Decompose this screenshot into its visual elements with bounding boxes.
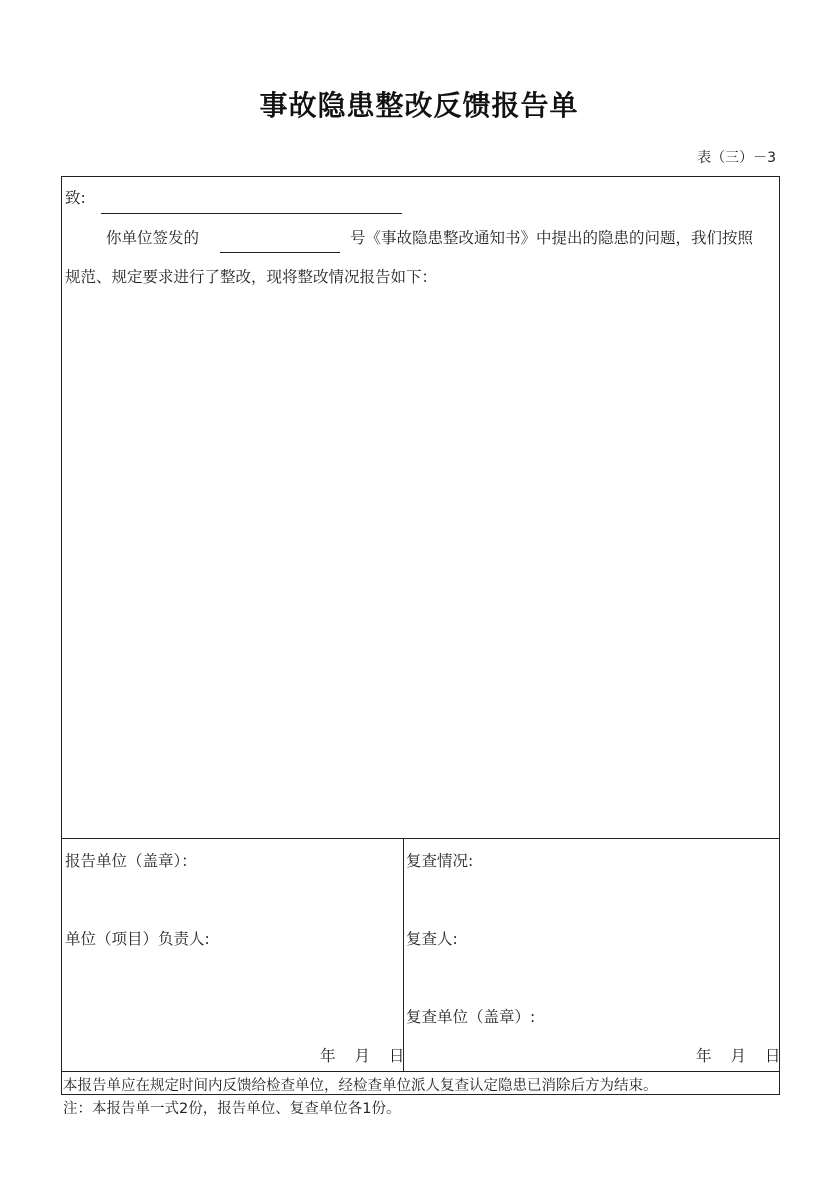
- form-number: 表（三）－3: [697, 147, 776, 167]
- report-date: 年 月 日: [320, 1044, 404, 1066]
- notice-reference-text: 号《事故隐患整改通知书》中提出的隐患的问题，我们按照: [350, 226, 753, 248]
- review-date: 年 月 日: [696, 1044, 780, 1066]
- review-unit-label: 复查单位（盖章）:: [406, 1005, 535, 1027]
- reviewer-label: 复查人:: [406, 927, 458, 949]
- year-label: 年: [320, 1044, 336, 1066]
- document-title: 事故隐患整改反馈报告单: [0, 84, 838, 124]
- divider-content-bottom: [61, 838, 779, 839]
- recipient-field-underline[interactable]: [101, 213, 402, 214]
- day-label: 日: [765, 1044, 781, 1066]
- rectification-intro-text: 规范、规定要求进行了整改，现将整改情况报告如下：: [65, 265, 437, 287]
- issued-by-text: 你单位签发的: [106, 226, 199, 248]
- divider-footer-row: [61, 1071, 779, 1072]
- to-label: 致:: [65, 186, 86, 208]
- divider-columns: [403, 838, 404, 1071]
- rectification-content-area[interactable]: [62, 295, 778, 835]
- rule-note: 本报告单应在规定时间内反馈给检查单位，经检查单位派人复查认定隐患已消除后方为结束…: [63, 1074, 658, 1095]
- copies-note: 注：本报告单一式2份，报告单位、复查单位各1份。: [63, 1097, 400, 1118]
- responsible-person-label: 单位（项目）负责人:: [65, 927, 210, 949]
- notice-number-field-underline[interactable]: [220, 252, 340, 253]
- year-label: 年: [696, 1044, 712, 1066]
- review-status-label: 复查情况:: [406, 849, 473, 871]
- day-label: 日: [389, 1044, 405, 1066]
- report-unit-label: 报告单位（盖章）：: [65, 849, 197, 871]
- month-label: 月: [354, 1044, 370, 1066]
- month-label: 月: [730, 1044, 746, 1066]
